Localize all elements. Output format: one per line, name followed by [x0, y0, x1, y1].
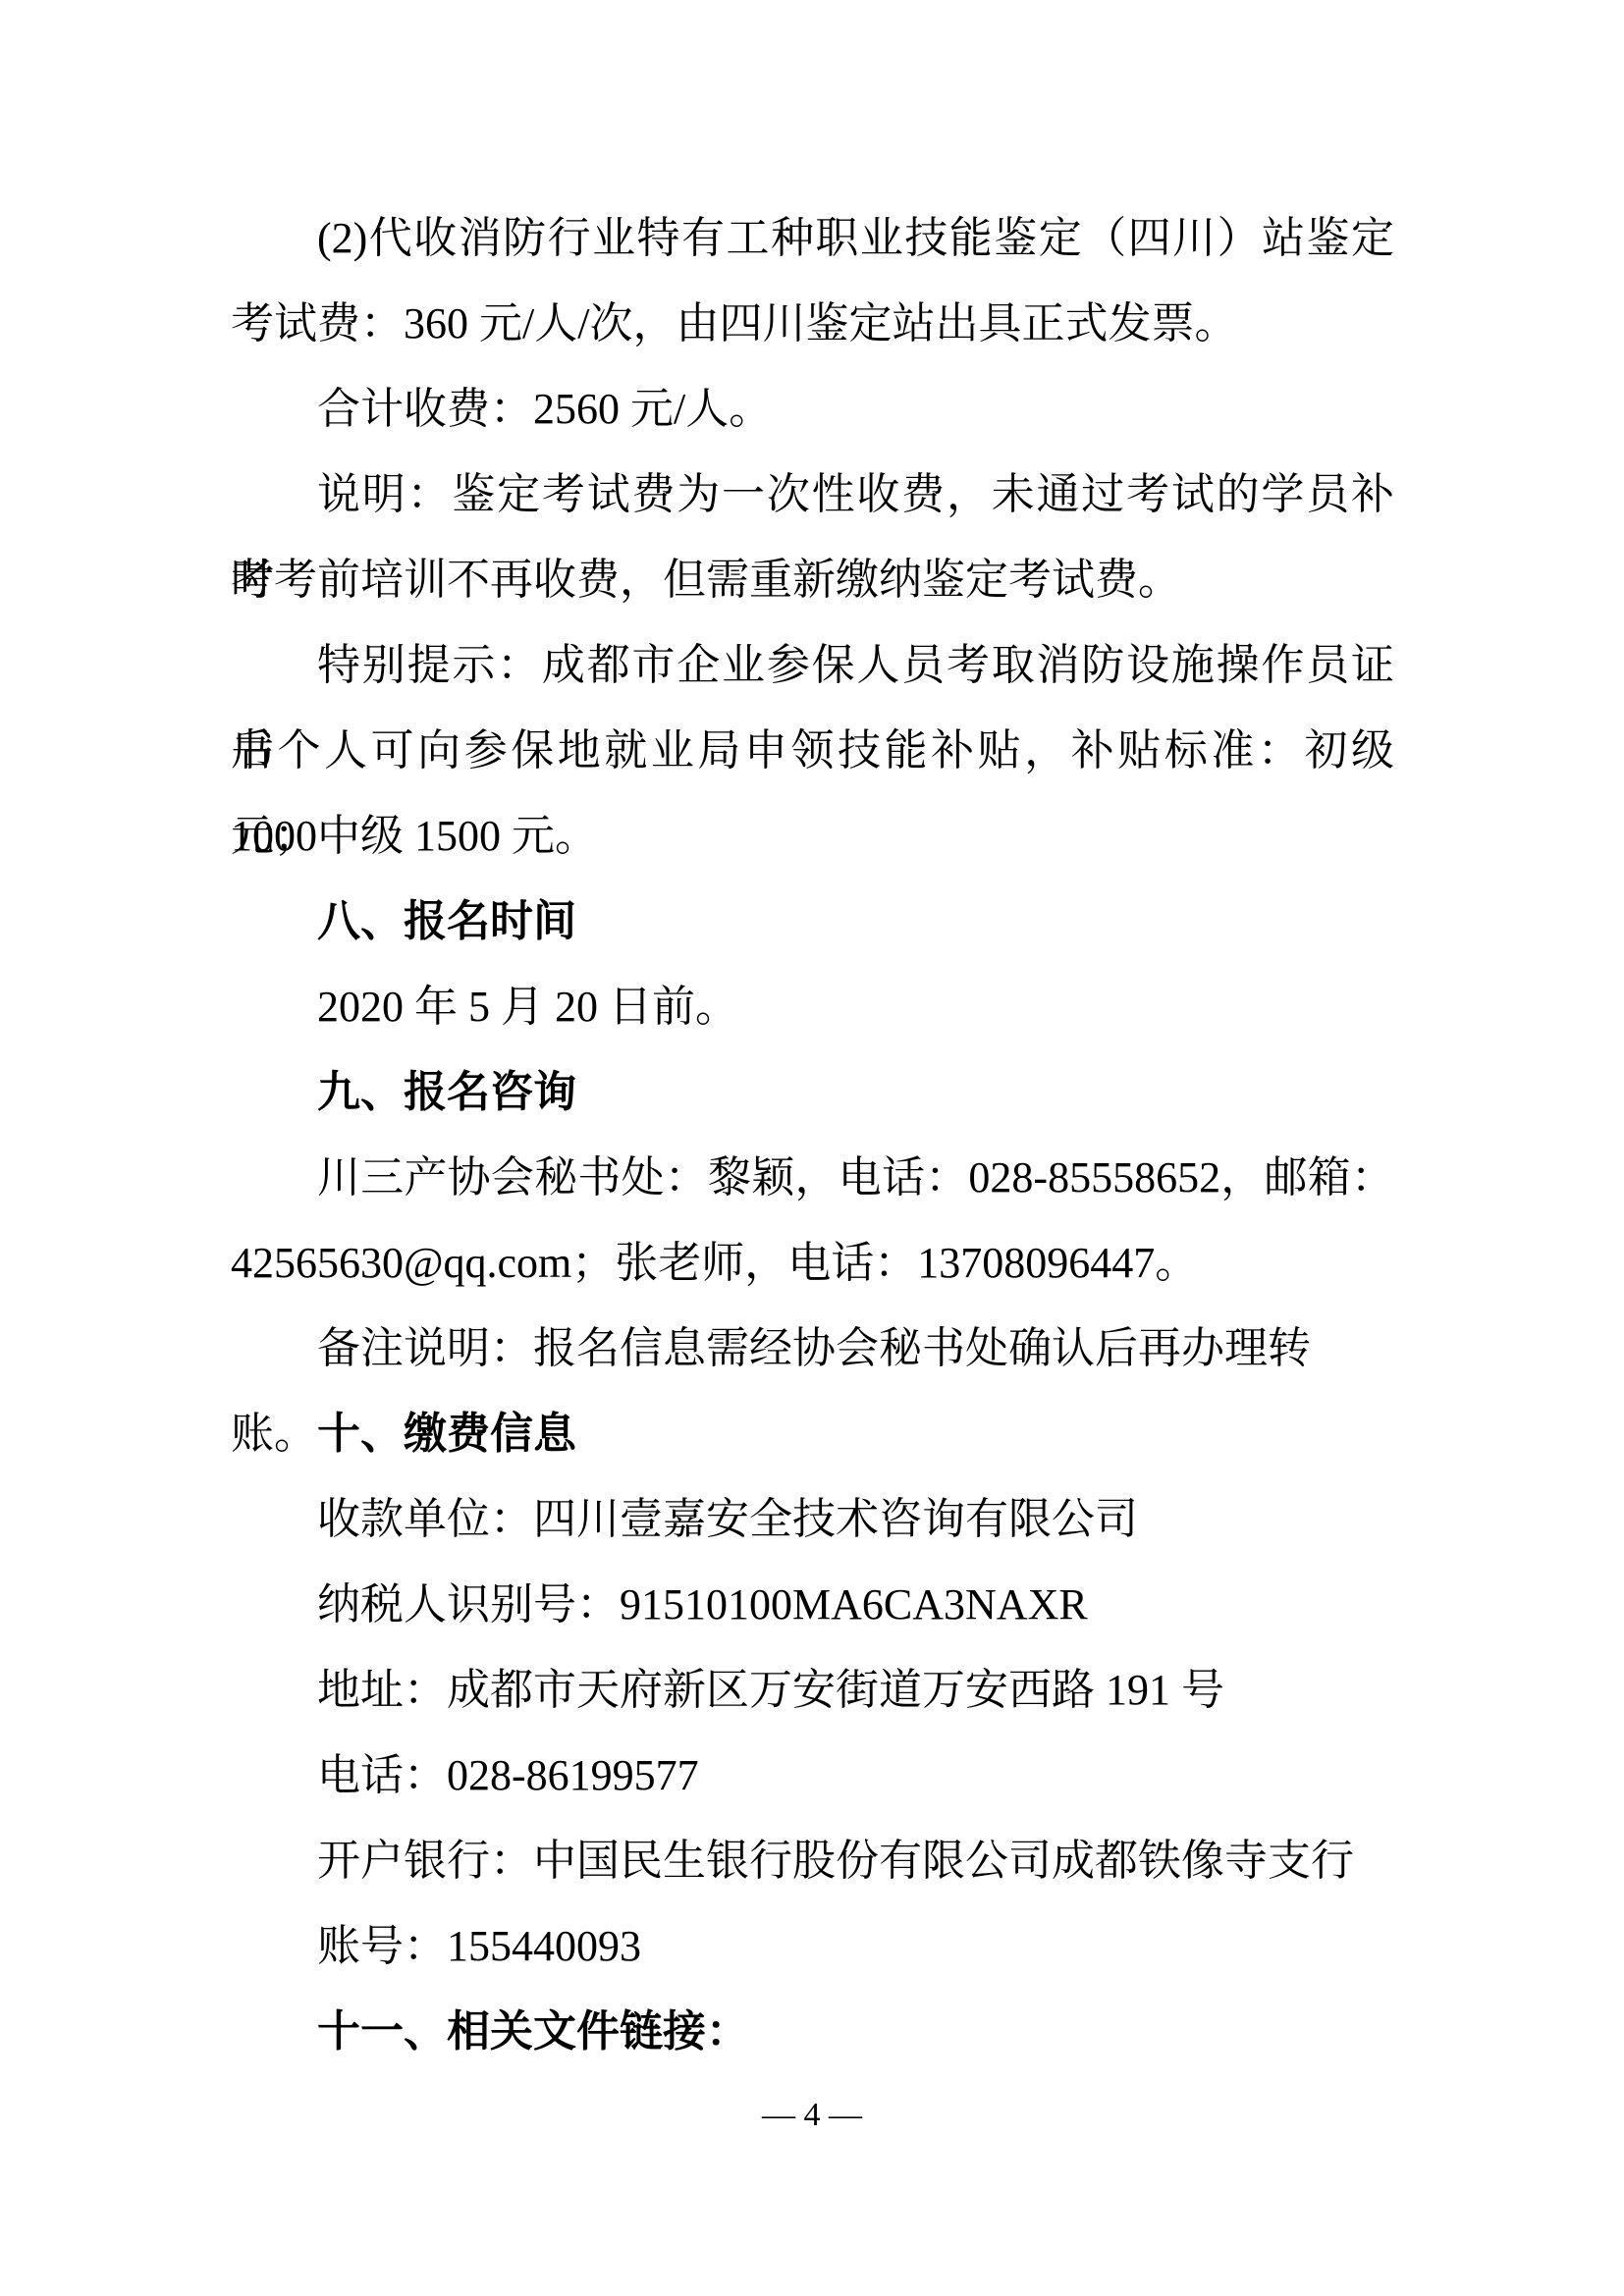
- text-line: 纳税人识别号：91510100MA6CA3NAXR: [231, 1562, 1394, 1647]
- text-line: 川三产协会秘书处：黎颖，电话：028-85558652，邮箱：: [231, 1135, 1394, 1220]
- text-line: 42565630@qq.com；张老师，电话：13708096447。: [231, 1220, 1394, 1306]
- para-total-fee: 合计收费：2560 元/人。: [231, 366, 1394, 452]
- text-line: 九、报名咨询: [231, 1049, 1394, 1135]
- text-line: 十一、相关文件链接：: [231, 1989, 1394, 2074]
- para-account: 账号：155440093: [231, 1903, 1394, 1989]
- text-line: 时考前培训不再收费，但需重新缴纳鉴定考试费。: [231, 537, 1394, 622]
- heading-8-registration-time: 八、报名时间: [231, 879, 1394, 964]
- para-phone: 电话：028-86199577: [231, 1733, 1394, 1818]
- text-line: 考试费：360 元/人/次，由四川鉴定站出具正式发票。: [231, 281, 1394, 366]
- text-line: 收款单位：四川壹嘉安全技术咨询有限公司: [231, 1476, 1394, 1562]
- text-line: 电话：028-86199577: [231, 1733, 1394, 1818]
- document-body: (2)代收消防行业特有工种职业技能鉴定（四川）站鉴定考试费：360 元/人/次，…: [231, 195, 1394, 2074]
- text-line: 十、缴费信息: [231, 1391, 1394, 1476]
- para-bank: 开户银行：中国民生银行股份有限公司成都铁像寺支行: [231, 1818, 1394, 1903]
- text-line: 开户银行：中国民生银行股份有限公司成都铁像寺支行: [231, 1818, 1394, 1903]
- text-line: 后个人可向参保地就业局申领技能补贴，补贴标准：初级 1000: [231, 708, 1394, 793]
- text-line: 合计收费：2560 元/人。: [231, 366, 1394, 452]
- text-line: 备注说明：报名信息需经协会秘书处确认后再办理转账。: [231, 1306, 1394, 1391]
- page-number: — 4 —: [762, 2097, 862, 2133]
- para-fee-note: 说明：鉴定考试费为一次性收费，未通过考试的学员补考时考前培训不再收费，但需重新缴…: [231, 452, 1394, 622]
- text-line: 八、报名时间: [231, 879, 1394, 964]
- para-remark: 备注说明：报名信息需经协会秘书处确认后再办理转账。: [231, 1306, 1394, 1391]
- text-line: (2)代收消防行业特有工种职业技能鉴定（四川）站鉴定: [231, 195, 1394, 281]
- heading-10-payment-info: 十、缴费信息: [231, 1391, 1394, 1476]
- para-special-tip: 特别提示：成都市企业参保人员考取消防设施操作员证书后个人可向参保地就业局申领技能…: [231, 622, 1394, 879]
- text-line: 特别提示：成都市企业参保人员考取消防设施操作员证书: [231, 622, 1394, 708]
- para-appraisal-exam-fee: (2)代收消防行业特有工种职业技能鉴定（四川）站鉴定考试费：360 元/人/次，…: [231, 195, 1394, 366]
- page-footer: — 4 —: [0, 2091, 1624, 2140]
- text-line: 元；中级 1500 元。: [231, 793, 1394, 879]
- para-consult-contacts: 川三产协会秘书处：黎颖，电话：028-85558652，邮箱：42565630@…: [231, 1135, 1394, 1306]
- para-taxpayer-id: 纳税人识别号：91510100MA6CA3NAXR: [231, 1562, 1394, 1647]
- text-line: 2020 年 5 月 20 日前。: [231, 964, 1394, 1049]
- para-address: 地址：成都市天府新区万安街道万安西路 191 号: [231, 1647, 1394, 1733]
- para-payee: 收款单位：四川壹嘉安全技术咨询有限公司: [231, 1476, 1394, 1562]
- document-page: (2)代收消防行业特有工种职业技能鉴定（四川）站鉴定考试费：360 元/人/次，…: [0, 0, 1624, 2296]
- heading-9-registration-consulting: 九、报名咨询: [231, 1049, 1394, 1135]
- para-registration-deadline: 2020 年 5 月 20 日前。: [231, 964, 1394, 1049]
- text-line: 地址：成都市天府新区万安街道万安西路 191 号: [231, 1647, 1394, 1733]
- heading-11-related-links: 十一、相关文件链接：: [231, 1989, 1394, 2074]
- text-line: 账号：155440093: [231, 1903, 1394, 1989]
- text-line: 说明：鉴定考试费为一次性收费，未通过考试的学员补考: [231, 452, 1394, 537]
